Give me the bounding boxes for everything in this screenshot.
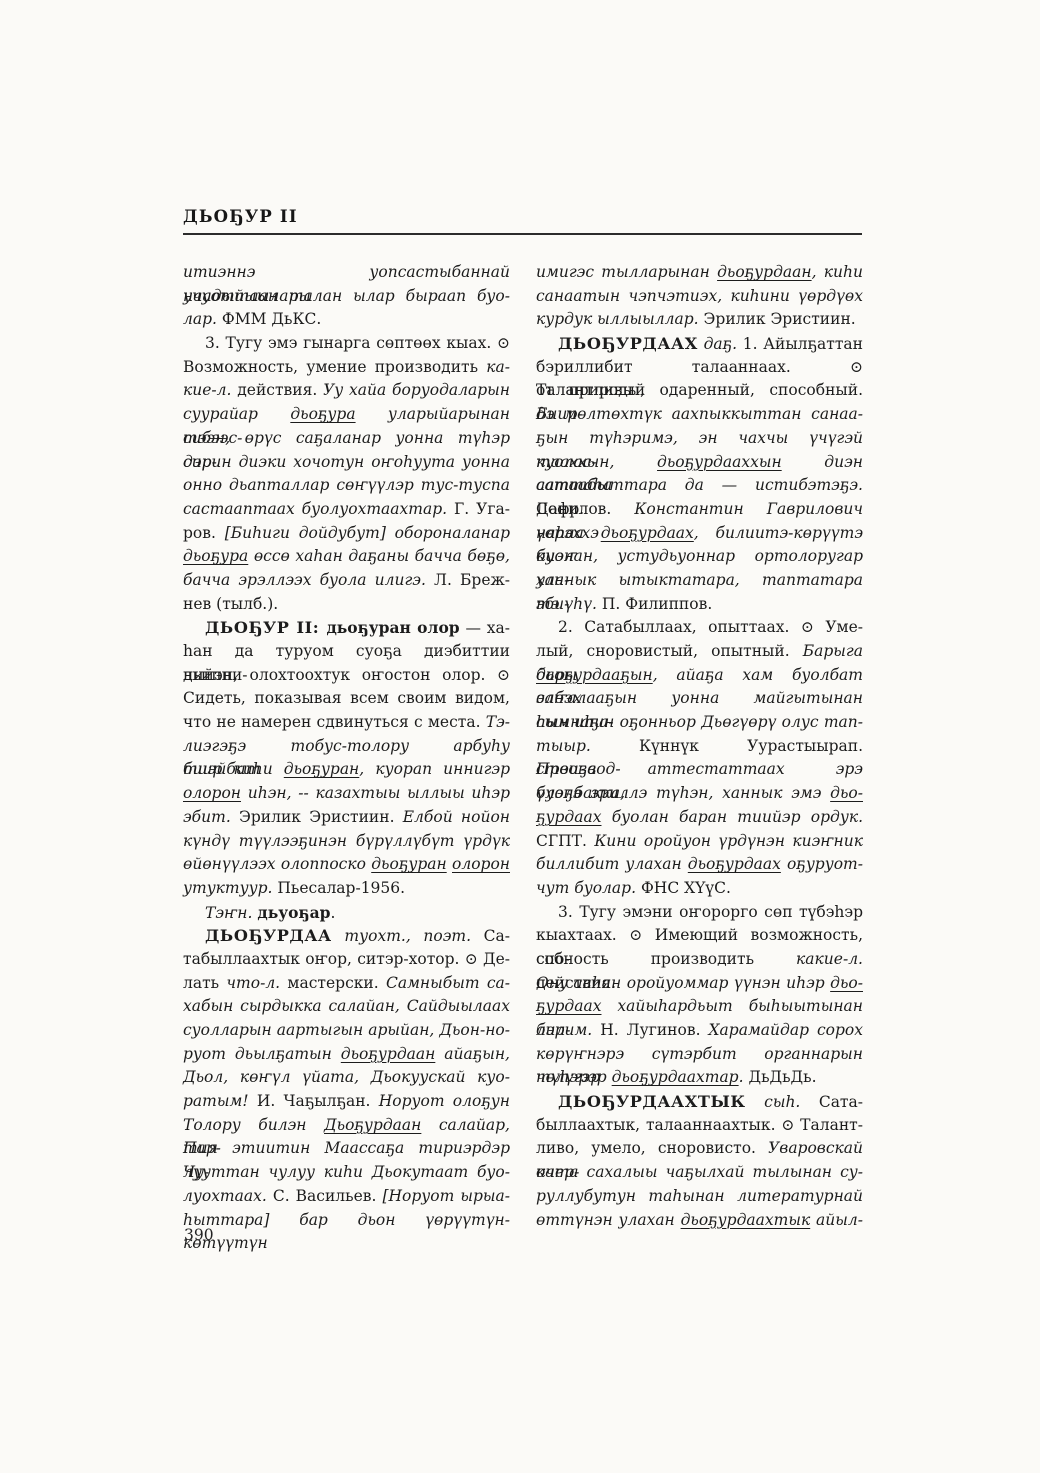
text-line: олорон иһэн, -- казахтыы ыллыы иһэр: [183, 782, 510, 806]
text-line: учуоттаан талан ылар быраап буо-: [183, 285, 510, 309]
text-segment: Норуот олоҕун: [379, 1092, 510, 1110]
text-line: үлэҕэ эриллэ түһэн, ханнык эмэ дьо-: [536, 782, 863, 806]
text-segment: айыл-: [810, 1211, 863, 1229]
text-line: наһаа дьоҕурдаах, билиитэ-көрүүтэ киэҥ: [536, 522, 863, 546]
text-line: ДЬОҔУРДАА туохт., поэт. Са-: [183, 924, 510, 948]
text-segment: ливо, умело, сноровисто.: [536, 1139, 768, 1157]
text-line: ДЬОҔУРДААХТЫК сыһ. Сата-: [536, 1090, 863, 1114]
text-segment: даҕ.: [698, 335, 737, 353]
text-line: ханнык ытыктатара, таптатара эби-: [536, 569, 863, 593]
text-segment: Толору билэн: [183, 1116, 324, 1134]
header-rule: [183, 233, 862, 235]
text-line: ҕын түһэримэ, эн чахчы үчүгэй куолас-: [536, 427, 863, 451]
text-segment: дэрин диэки хочотун оҥоһуута уонна: [183, 453, 510, 471]
text-segment: руллубутун таһынан литературнай: [536, 1187, 863, 1205]
text-segment: Дьол, көҥүл үйата, Дьокуускай куо-: [183, 1068, 510, 1086]
text-line: Дьол, көҥүл үйата, Дьокуускай куо-: [183, 1066, 510, 1090]
text-segment: тааххын,: [536, 453, 657, 471]
text-line: ливо, умело, сноровисто. Уваровскай очер…: [536, 1137, 863, 1161]
text-line: тыыр. Күннүк Уурастыырап. Производ-: [536, 735, 863, 759]
text-line: курдук ыллыыллар. Эрилик Эристиин.: [536, 308, 863, 332]
text-segment: Тэ-: [486, 713, 510, 731]
text-line: ҕурдаах буолан баран тиийэр ордук.: [536, 806, 863, 830]
text-line: дьоҕура өссө хаһан даҕаны бачча бөҕө,: [183, 545, 510, 569]
text-segment: дьоҕуран: [371, 855, 446, 873]
text-line: Возможность, умение производить ка-: [183, 356, 510, 380]
text-segment: Эрилик Эристиин.: [231, 808, 403, 826]
text-segment: И. Чаҕылҕан.: [249, 1092, 379, 1110]
text-line: имигэс тылларынан дьоҕурдаан, киһи: [536, 261, 863, 285]
text-line: Тэҥн. дьуоҕар.: [183, 901, 510, 925]
text-segment: дьоҕурдаан: [717, 263, 812, 281]
text-segment: [Биһиги дойдубут] обороналанар: [225, 524, 510, 542]
text-line: 3. Тугу эмэни оҥорорго сөп түбэһэр: [536, 901, 863, 925]
text-line: буолан, устудьуоннар ортолоругар ула-: [536, 545, 863, 569]
text-segment: СГПТ.: [536, 832, 594, 850]
text-segment: Н. Лугинов.: [592, 1021, 708, 1039]
text-segment: туохт., поэт.: [332, 927, 471, 945]
text-line: ратым! И. Чаҕылҕан. Норуот олоҕун: [183, 1090, 510, 1114]
text-segment: Харамайдар сорох: [709, 1021, 864, 1039]
text-segment: Сата-: [800, 1093, 863, 1111]
text-segment: П. Филиппов.: [597, 595, 712, 613]
text-line: саҥалааҕын уонна майгытынан сымнаҕа-: [536, 687, 863, 711]
text-segment: имигэс тылларынан: [536, 263, 717, 281]
text-segment: өссө хаһан даҕаны бачча бөҕө,: [248, 547, 510, 565]
text-line: лар. ФММ ДьКС.: [183, 308, 510, 332]
text-line: көрүҥнэрэ сүтэрбит органнарын чөлүгэр: [536, 1043, 863, 1067]
text-segment: дьо-: [830, 784, 863, 802]
text-line: онно дьапталлар сөҥүүлэр тус-туспа: [183, 474, 510, 498]
text-segment: сатаабыттара да — истибэтэҕэ.: [536, 476, 863, 494]
left-column: итиэннэ уопсастыбаннай наадыйыыларыучуот…: [183, 261, 510, 1232]
text-segment: олорон: [452, 855, 510, 873]
text-segment: дьоҕурдаахтар: [612, 1068, 739, 1086]
text-segment: дьоҕурдаах: [601, 524, 694, 542]
text-segment: үлэҕэ эриллэ түһэн, ханнык эмэ: [536, 784, 830, 802]
text-segment: Тэҥн.: [205, 904, 257, 922]
text-line: Ону ааһан оройуоммар үүнэн иһэр дьо-: [536, 972, 863, 996]
text-line: что не намерен сдвинуться с места. Тэ-: [183, 711, 510, 735]
text-segment: собность производить: [536, 950, 796, 968]
text-segment: дьоҕуран олор: [326, 618, 459, 637]
headword: ДЬОҔУР II:: [205, 618, 326, 637]
text-line: лиэгэҕэ тобус-толору арбуһу тиэйбит: [183, 735, 510, 759]
text-segment: хабын сырдыкка салайан, Сайдыылаах: [183, 997, 510, 1015]
text-line: дьоҕурдааҕын, айаҕа хам буолбат элбэх: [536, 664, 863, 688]
text-segment: курдук ыллыыллар.: [536, 310, 699, 328]
text-segment: олорон: [183, 784, 241, 802]
text-segment: Л. Бреж-: [426, 571, 510, 589]
text-line: 2. Сатабыллаах, опыттаах. ⊙ Уме-: [536, 616, 863, 640]
text-line: лэрим. Н. Лугинов. Харамайдар сорох: [536, 1019, 863, 1043]
running-head: ДЬОҔУР II: [183, 207, 862, 235]
text-line: нийэн, олохтоохтук оҥостон олор. ⊙: [183, 664, 510, 688]
text-segment: ҕурдаах: [536, 997, 601, 1015]
text-segment: суурайар: [183, 405, 290, 423]
text-line: тааххын, дьоҕурдааххын диэн ааттаһа: [536, 451, 863, 475]
text-segment: ФММ ДьКС.: [217, 310, 321, 328]
text-line: быллаахтык, талааннаахтык. ⊙ Талант-: [536, 1114, 863, 1138]
text-line: СГПТ. Кини оройуон үрдүнэн киэҥник: [536, 830, 863, 854]
text-segment: һыттара] бар дьон үөрүүтүн-көтүүтүн: [183, 1211, 510, 1253]
text-segment: биир киһи: [183, 760, 284, 778]
text-segment: суолларын аартыгын арыйан, Дьон-но-: [183, 1021, 510, 1039]
text-segment: ДьДьДь.: [744, 1068, 817, 1086]
text-line: ДЬОҔУР II: дьоҕуран олор — ха-: [183, 616, 510, 640]
text-segment: ратым!: [183, 1092, 249, 1110]
text-line: өттүнэн улахан дьоҕурдаахтык айыл-: [536, 1209, 863, 1233]
text-segment: састааптаах буолуохтаахтар.: [183, 500, 447, 518]
text-line: ствоҕа аттестаттаах эрэ буолбакка,: [536, 758, 863, 782]
text-line: ката сахалыы чаҕылхай тылынан су-: [536, 1161, 863, 1185]
text-line: лууттан чулуу киһи Дьокутаат буо-: [183, 1161, 510, 1185]
text-line: от природы, одаренный, способный. Биир-: [536, 379, 863, 403]
text-segment: дьоҕура: [183, 547, 248, 565]
text-segment: Елбой нойон: [403, 808, 510, 826]
text-segment: Сидеть, показывая всем своим видом,: [183, 689, 510, 707]
text-line: өйөнүүлээх олоппоско дьоҕуран олорон: [183, 853, 510, 877]
text-segment: айаҕын,: [435, 1045, 510, 1063]
text-segment: дьо-: [830, 974, 863, 992]
text-segment: мастерски.: [280, 974, 386, 992]
text-line: табыллаахтык оҥор, ситэр-хотор. ⊙ Де-: [183, 948, 510, 972]
text-segment: Г. Уга-: [447, 500, 510, 518]
text-segment: Уу хайа боруодаларын: [323, 381, 510, 399]
text-segment: табыллаахтык оҥор, ситэр-хотор. ⊙ Де-: [183, 950, 510, 968]
text-segment: , киһи: [812, 263, 863, 281]
text-line: итиэннэ уопсастыбаннай наадыйыылары: [183, 261, 510, 285]
text-segment: чут буолар.: [536, 879, 636, 897]
text-segment: [Норуот ырыа-: [382, 1187, 510, 1205]
text-segment: быллаахтык, талааннаахтык. ⊙ Талант-: [536, 1116, 863, 1134]
text-segment: 3. Тугу эмэ гынарга сөптөөх кыах. ⊙: [205, 334, 510, 352]
text-segment: лый, сноровистый, опытный.: [536, 642, 803, 660]
text-segment: Дьоҕурдаан: [324, 1116, 421, 1134]
dictionary-page: ДЬОҔУР II итиэннэ уопсастыбаннай наадыйы…: [0, 0, 1040, 1473]
text-segment: дьоҕурдаан: [341, 1045, 436, 1063]
text-segment: Данилов.: [536, 500, 634, 518]
headword: ДЬОҔУРДААХТЫК: [558, 1092, 746, 1111]
text-segment: биллибит улахан: [536, 855, 688, 873]
text-segment: дьоҕурдаахтык: [681, 1211, 811, 1229]
text-segment: что не намерен сдвинуться с места.: [183, 713, 486, 731]
text-segment: Са-: [471, 927, 510, 945]
text-line: биллибит улахан дьоҕурдаах оҕуруот-: [536, 853, 863, 877]
text-segment: тыыр.: [536, 737, 591, 755]
text-segment: түһэрэр: [536, 1068, 612, 1086]
text-line: лать что-л. мастерски. Самныбыт са-: [183, 972, 510, 996]
text-segment: өттүнэн улахан: [536, 1211, 681, 1229]
text-segment: санаатын чэпчэтиэх, киһини үөрдүөх: [536, 287, 863, 305]
text-line: Сидеть, показывая всем своим видом,: [183, 687, 510, 711]
text-segment: лууттан чулуу киһи Дьокутаат буо-: [183, 1163, 510, 1181]
text-line: һан да туруом суоҕа диэбиттии дьиппи-: [183, 640, 510, 664]
headword: ДЬОҔУРДАА: [205, 926, 332, 945]
text-line: руллубутун таһынан литературнай: [536, 1185, 863, 1209]
text-segment: дьоҕура: [290, 405, 355, 423]
text-segment: дэ мөлтөхтүк аахпыккыттан санаа-: [536, 405, 863, 423]
text-line: бачча эрэллээх буола илигэ. Л. Бреж-: [183, 569, 510, 593]
text-segment: утуктуур.: [183, 879, 272, 897]
text-line: утуктуур. Пьесалар-1956.: [183, 877, 510, 901]
text-segment: ҕурдаах: [536, 808, 601, 826]
text-line: һыттара] бар дьон үөрүүтүн-көтүүтүн: [183, 1209, 510, 1233]
text-segment: Күннүк Уурастыырап.: [591, 737, 863, 755]
text-line: суолларын аартыгын арыйан, Дьон-но-: [183, 1019, 510, 1043]
text-line: 3. Тугу эмэ гынарга сөптөөх кыах. ⊙: [183, 332, 510, 356]
text-line: лый, сноровистый, опытный. Барыга бары: [536, 640, 863, 664]
text-segment: һын иһин оҕонньор Дьөгүөрү олус тап-: [536, 713, 863, 731]
text-segment: луохтаах.: [183, 1187, 267, 1205]
text-segment: лар.: [183, 310, 217, 328]
text-segment: Ону ааһан оройуоммар үүнэн иһэр: [536, 974, 830, 992]
text-segment: что-л.: [226, 974, 280, 992]
right-column: имигэс тылларынан дьоҕурдаан, киһисанаат…: [536, 261, 863, 1232]
text-line: түһэрэр дьоҕурдаахтар. ДьДьДь.: [536, 1066, 863, 1090]
text-segment: действия.: [231, 381, 323, 399]
text-segment: 3. Тугу эмэни оҥорорго сөп түбэһэр: [558, 903, 863, 921]
text-line: ров. [Биһиги дойдубут] обороналанар: [183, 522, 510, 546]
text-line: кие-л. действия. Уу хайа боруодаларын: [183, 379, 510, 403]
text-segment: ката сахалыы чаҕылхай тылынан су-: [536, 1163, 863, 1181]
text-segment: дьоҕурдаах: [688, 855, 781, 873]
text-segment: Самныбыт са-: [386, 974, 510, 992]
text-line: санаатын чэпчэтиэх, киһини үөрдүөх: [536, 285, 863, 309]
text-line: биир киһи дьоҕуран, куорап иннигэр: [183, 758, 510, 782]
text-line: кыахтаах. ⊙ Имеющий возможность, спо-: [536, 924, 863, 948]
text-segment: .: [330, 904, 335, 922]
text-segment: кие-л.: [183, 381, 231, 399]
text-segment: 2. Сатабыллаах, опыттаах. ⊙ Уме-: [558, 618, 863, 636]
text-line: хабын сырдыкка салайан, Сайдыылаах: [183, 995, 510, 1019]
text-segment: нийэн, олохтоохтук оҥостон олор. ⊙: [183, 666, 510, 684]
text-line: састааптаах буолуохтаахтар. Г. Уга-: [183, 498, 510, 522]
text-segment: бачча эрэллээх буола илигэ.: [183, 571, 426, 589]
text-segment: дьуоҕар: [257, 903, 330, 922]
text-segment: учуоттаан талан ылар быраап буо-: [183, 287, 510, 305]
text-segment: эбит.: [183, 808, 231, 826]
text-segment: Эрилик Эристиин.: [699, 310, 856, 328]
text-line: луохтаах. С. Васильев. [Норуот ырыа-: [183, 1185, 510, 1209]
text-line: Толору билэн Дьоҕурдаан салайар, Пар-: [183, 1114, 510, 1138]
text-segment: дьоҕуран: [284, 760, 359, 778]
text-segment: дьоҕурдааххын: [657, 453, 782, 471]
running-head-title: ДЬОҔУР II: [183, 207, 862, 226]
text-line: ҕурдаах хайыһардьыт быһыытынан бил-: [536, 995, 863, 1019]
text-segment: какие-л.: [796, 950, 863, 968]
text-segment: С. Васильев.: [267, 1187, 383, 1205]
text-segment: Возможность, умение производить: [183, 358, 486, 376]
text-line: нев (тылб.).: [183, 593, 510, 617]
text-line: тия этиитин Маассаҕа тириэрдэр Чу-: [183, 1137, 510, 1161]
text-line: суурайар дьоҕура уларыйарынан сибээс-: [183, 403, 510, 427]
text-segment: ров.: [183, 524, 225, 542]
text-line: Данилов. Константин Гаврилович үөрэххэ: [536, 498, 863, 522]
text-line: руот дьылҕатын дьоҕурдаан айаҕын,: [183, 1043, 510, 1067]
text-segment: — ха-: [460, 619, 510, 637]
text-line: дэрин диэки хочотун оҥоһуута уонна: [183, 451, 510, 475]
text-line: һын иһин оҕонньор Дьөгүөрү олус тап-: [536, 711, 863, 735]
text-segment: күндү түүлээҕинэн бүрүллүбүт үрдүк: [183, 832, 510, 850]
text-segment: наһаа: [536, 524, 601, 542]
text-segment: сыһ.: [746, 1093, 801, 1111]
text-segment: 1. Айылҕаттан: [737, 335, 863, 353]
text-line: ДЬОҔУРДААХ даҕ. 1. Айылҕаттан: [536, 332, 863, 356]
text-segment: лать: [183, 974, 226, 992]
text-line: эбит. Эрилик Эристиин. Елбой нойон: [183, 806, 510, 830]
text-line: сатаабыттара да — истибэтэҕэ. Софр.: [536, 474, 863, 498]
text-segment: от природы, одаренный, способный.: [536, 381, 863, 399]
text-line: тээн, өрүс саҕаланар уонна түһэр сир-: [183, 427, 510, 451]
text-segment: , куорап иннигэр: [359, 760, 510, 778]
text-segment: Пьесалар-1956.: [272, 879, 405, 897]
text-segment: Кини оройуон үрдүнэн киэҥник: [594, 832, 863, 850]
text-segment: оҕуруот-: [781, 855, 863, 873]
text-line: чут буолар. ФНС ХҮүС.: [536, 877, 863, 901]
page-number: 390: [184, 1226, 214, 1244]
text-segment: лэрим.: [536, 1021, 592, 1039]
text-segment: ка-: [486, 358, 510, 376]
text-segment: буолан баран тиийэр ордук.: [601, 808, 863, 826]
text-line: собность производить какие-л. действия.: [536, 948, 863, 972]
text-segment: ФНС ХҮүС.: [636, 879, 731, 897]
text-segment: иһэн, -- казахтыы ыллыы иһэр: [241, 784, 510, 802]
text-line: дэ мөлтөхтүк аахпыккыттан санаа-: [536, 403, 863, 427]
text-line: күндү түүлээҕинэн бүрүллүбүт үрдүк: [183, 830, 510, 854]
headword: ДЬОҔУРДААХ: [558, 334, 698, 353]
text-segment: нев (тылб.).: [183, 595, 278, 613]
text-segment: өйөнүүлээх олоппоско: [183, 855, 371, 873]
text-segment: тэ үһү.: [536, 595, 597, 613]
text-segment: дьоҕурдааҕын: [536, 666, 653, 684]
text-line: бэриллибит талааннаах. ⊙ Талантливый: [536, 356, 863, 380]
text-segment: онно дьапталлар сөҥүүлэр тус-туспа: [183, 476, 510, 494]
text-segment: руот дьылҕатын: [183, 1045, 341, 1063]
text-line: тэ үһү. П. Филиппов.: [536, 593, 863, 617]
